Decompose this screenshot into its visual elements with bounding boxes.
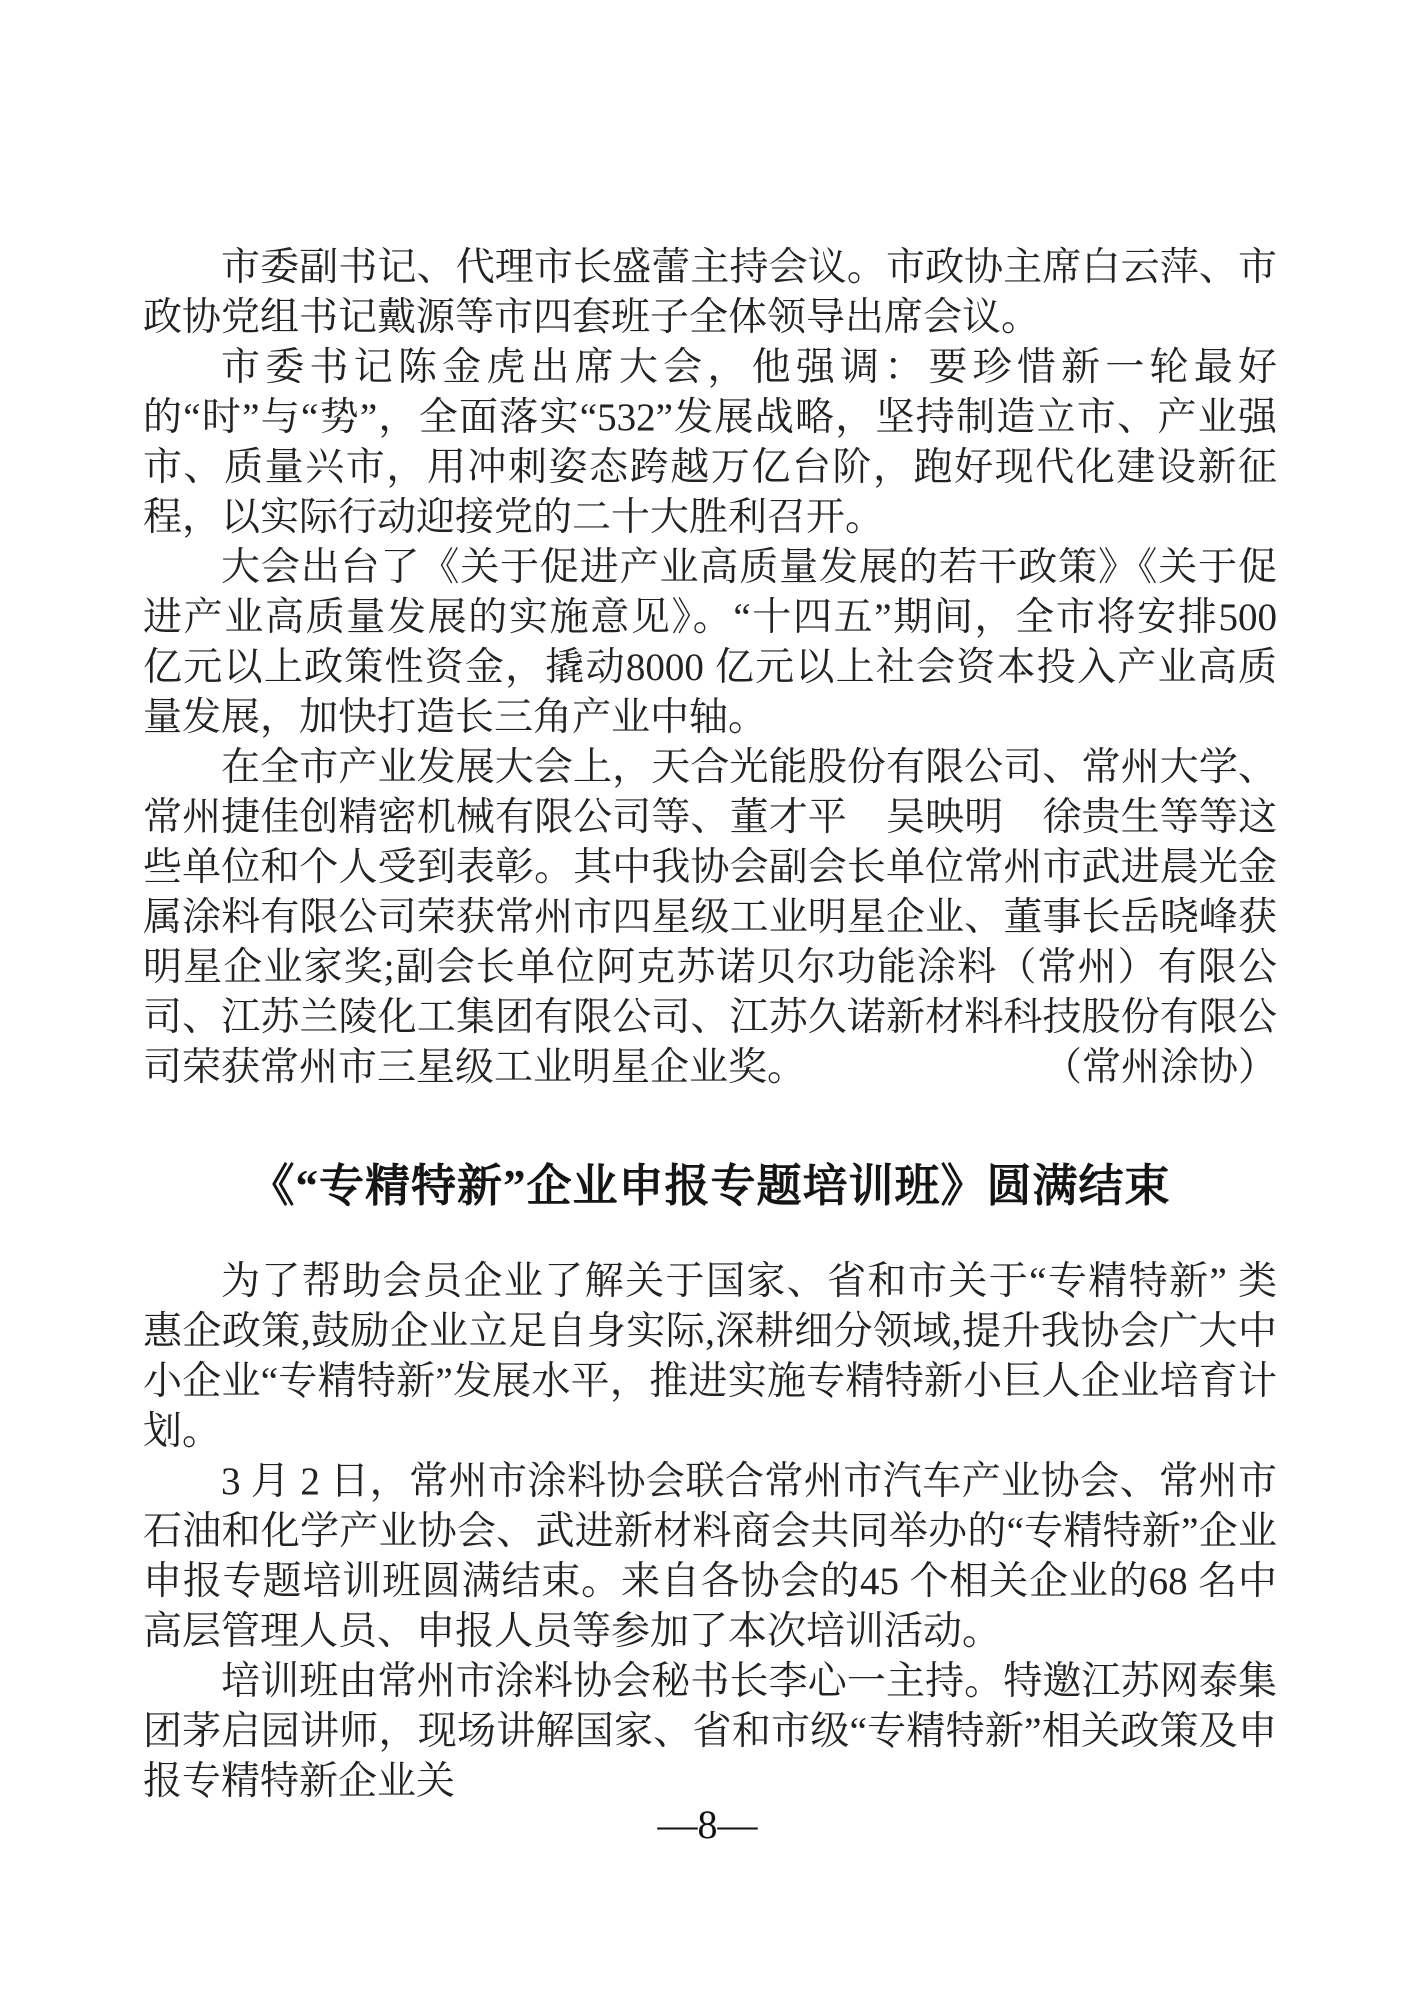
article1-paragraph-3: 大会出台了《关于促进产业高质量发展的若干政策》《关于促进产业高质量发展的实施意见…: [143, 543, 1277, 743]
text-block: 市委副书记、代理市长盛蕾主持会议。市政协主席白云萍、市政协党组书记戴源等市四套班…: [143, 243, 1277, 1807]
document-page: 市委副书记、代理市长盛蕾主持会议。市政协主席白云萍、市政协党组书记戴源等市四套班…: [0, 0, 1415, 2000]
article1-paragraph-1: 市委副书记、代理市长盛蕾主持会议。市政协主席白云萍、市政协党组书记戴源等市四套班…: [143, 243, 1277, 343]
article2-paragraph-2: 3 月 2 日，常州市涂料协会联合常州市汽车产业协会、常州市石油和化学产业协会、…: [143, 1457, 1277, 1657]
article1-paragraph-2: 市委书记陈金虎出席大会，他强调：要珍惜新一轮最好的“时”与“势”，全面落实“53…: [143, 343, 1277, 543]
article2-paragraph-1: 为了帮助会员企业了解关于国家、省和市关于“专精特新” 类惠企政策,鼓励企业立足自…: [143, 1257, 1277, 1457]
article2-title: 《“专精特新”企业申报专题培训班》圆满结束: [143, 1155, 1277, 1217]
article2-paragraph-3: 培训班由常州市涂料协会秘书长李心一主持。特邀江苏网泰集团茅启园讲师，现场讲解国家…: [143, 1657, 1277, 1807]
page-number: —8—: [0, 1800, 1415, 1850]
article1-paragraph-4: 在全市产业发展大会上，天合光能股份有限公司、常州大学、常州捷佳创精密机械有限公司…: [143, 743, 1277, 1093]
